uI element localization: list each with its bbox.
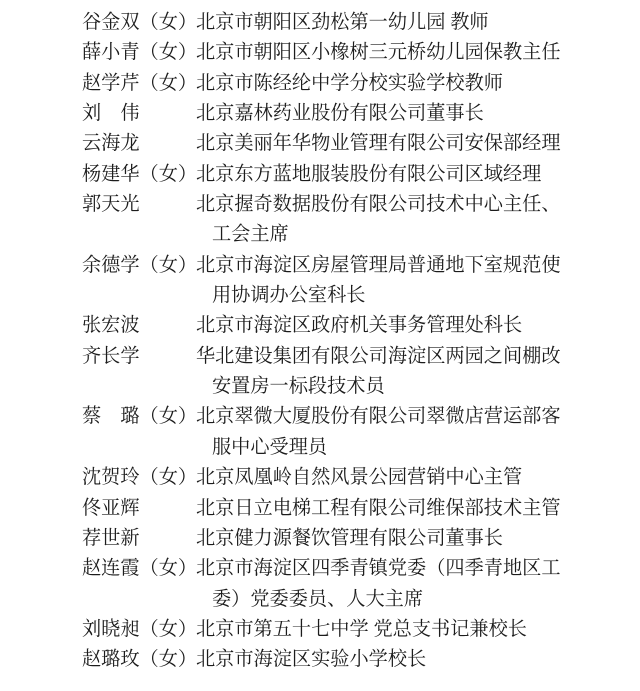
person-name: 郭天光 [82, 190, 196, 220]
person-name: 齐长学 [82, 342, 196, 372]
person-description: 北京美丽年华物业管理有限公司安保部经理 [196, 129, 572, 159]
person-name: 薛小青（女） [82, 38, 196, 68]
person-name: 佟亚辉 [82, 494, 196, 524]
person-name: 杨建华（女） [82, 160, 196, 190]
person-name: 蔡 璐（女） [82, 402, 196, 432]
person-description: 北京市第五十七中学 党总支书记兼校长 [196, 615, 572, 645]
roster-row: 薛小青（女） 北京市朝阳区小橡树三元桥幼儿园保教主任 [82, 38, 640, 68]
roster-row: 赵连霞（女） 北京市海淀区四季青镇党委（四季青地区工委）党委委员、人大主席 [82, 554, 640, 615]
person-description: 华北建设集团有限公司海淀区两园之间棚改安置房一标段技术员 [196, 342, 572, 403]
person-name: 云海龙 [82, 129, 196, 159]
person-name: 刘晓昶（女） [82, 615, 196, 645]
roster-row: 云海龙 北京美丽年华物业管理有限公司安保部经理 [82, 129, 640, 159]
person-description: 北京日立电梯工程有限公司维保部技术主管 [196, 494, 572, 524]
person-name: 谷金双（女） [82, 8, 196, 38]
roster-row: 余德学（女） 北京市海淀区房屋管理局普通地下室规范使用协调办公室科长 [82, 251, 640, 312]
person-description: 北京市海淀区房屋管理局普通地下室规范使用协调办公室科长 [196, 251, 572, 312]
person-description: 北京握奇数据股份有限公司技术中心主任、工会主席 [196, 190, 572, 251]
roster-row: 沈贺玲（女） 北京凤凰岭自然风景公园营销中心主管 [82, 463, 640, 493]
person-description: 北京市朝阳区小橡树三元桥幼儿园保教主任 [196, 38, 572, 68]
roster-row: 杨建华（女） 北京东方蓝地服装股份有限公司区域经理 [82, 160, 640, 190]
person-description: 北京市陈经纶中学分校实验学校教师 [196, 69, 572, 99]
person-description: 北京凤凰岭自然风景公园营销中心主管 [196, 463, 572, 493]
roster-row: 齐长学 华北建设集团有限公司海淀区两园之间棚改安置房一标段技术员 [82, 342, 640, 403]
person-description: 北京市朝阳区劲松第一幼儿园 教师 [196, 8, 572, 38]
roster-row: 谷金双（女） 北京市朝阳区劲松第一幼儿园 教师 [82, 8, 640, 38]
roster-row: 蔡 璐（女） 北京翠微大厦股份有限公司翠微店营运部客服中心受理员 [82, 402, 640, 463]
roster-row: 张宏波 北京市海淀区政府机关事务管理处科长 [82, 311, 640, 341]
person-name: 沈贺玲（女） [82, 463, 196, 493]
roster-row: 赵学芹（女） 北京市陈经纶中学分校实验学校教师 [82, 69, 640, 99]
person-description: 北京市海淀区实验小学校长 [196, 645, 572, 675]
person-description: 北京东方蓝地服装股份有限公司区域经理 [196, 160, 572, 190]
person-name: 赵学芹（女） [82, 69, 196, 99]
person-name: 赵连霞（女） [82, 554, 196, 584]
person-name: 余德学（女） [82, 251, 196, 281]
person-description: 北京市海淀区政府机关事务管理处科长 [196, 311, 572, 341]
roster-row: 佟亚辉 北京日立电梯工程有限公司维保部技术主管 [82, 494, 640, 524]
person-description: 北京市海淀区四季青镇党委（四季青地区工委）党委委员、人大主席 [196, 554, 572, 615]
roster-row: 赵璐玫（女） 北京市海淀区实验小学校长 [82, 645, 640, 675]
person-description: 北京健力源餐饮管理有限公司董事长 [196, 524, 572, 554]
roster-row: 郭天光 北京握奇数据股份有限公司技术中心主任、工会主席 [82, 190, 640, 251]
roster-row: 刘 伟 北京嘉林药业股份有限公司董事长 [82, 99, 640, 129]
roster-document: 谷金双（女） 北京市朝阳区劲松第一幼儿园 教师 薛小青（女） 北京市朝阳区小橡树… [0, 0, 640, 676]
person-name: 刘 伟 [82, 99, 196, 129]
person-name: 荐世新 [82, 524, 196, 554]
person-description: 北京翠微大厦股份有限公司翠微店营运部客服中心受理员 [196, 402, 572, 463]
person-name: 赵璐玫（女） [82, 645, 196, 675]
roster-row: 荐世新 北京健力源餐饮管理有限公司董事长 [82, 524, 640, 554]
person-description: 北京嘉林药业股份有限公司董事长 [196, 99, 572, 129]
person-name: 张宏波 [82, 311, 196, 341]
roster-row: 刘晓昶（女） 北京市第五十七中学 党总支书记兼校长 [82, 615, 640, 645]
